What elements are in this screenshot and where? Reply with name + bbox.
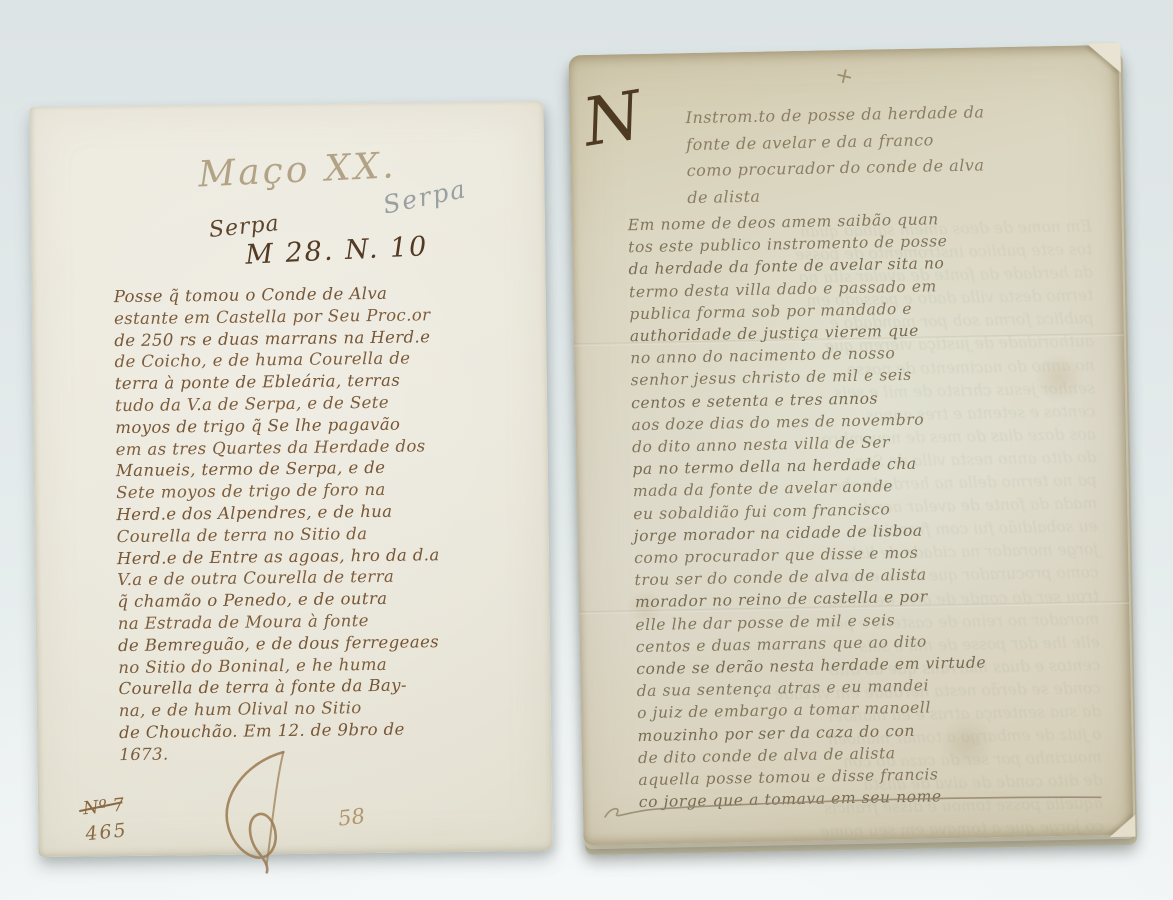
right-manuscript-heading: Instrom.to de posse da herdade dafonte d… [685, 97, 1087, 211]
bundle-title: Maço XX. [197, 145, 397, 195]
archival-numbers: Nº 7 465 [82, 794, 129, 845]
struck-number: Nº 7 [82, 794, 126, 819]
photo-background: Maço XX. Serpa Serpa M 28. N. 10 Posse q… [0, 0, 1173, 900]
right-document-page: + N Em nome de deos amem saibão quantos … [568, 45, 1133, 845]
left-manuscript-text: Posse q̃ tomou o Conde de Alvaestante em… [114, 281, 532, 766]
notary-paraph-flourish [205, 743, 337, 875]
archive-reference: M 28. N. 10 [245, 231, 429, 271]
margin-initial: N [579, 82, 646, 156]
folio-number: 465 [84, 819, 128, 845]
folded-corner [1109, 815, 1135, 837]
left-document-page: Maço XX. Serpa Serpa M 28. N. 10 Posse q… [29, 101, 552, 857]
right-manuscript-text: Em nome de deos amem saibão quantos este… [628, 205, 1115, 814]
paraph-number: 58 [337, 804, 366, 831]
folded-corner [1086, 43, 1121, 74]
invocation-cross: + [832, 62, 856, 90]
